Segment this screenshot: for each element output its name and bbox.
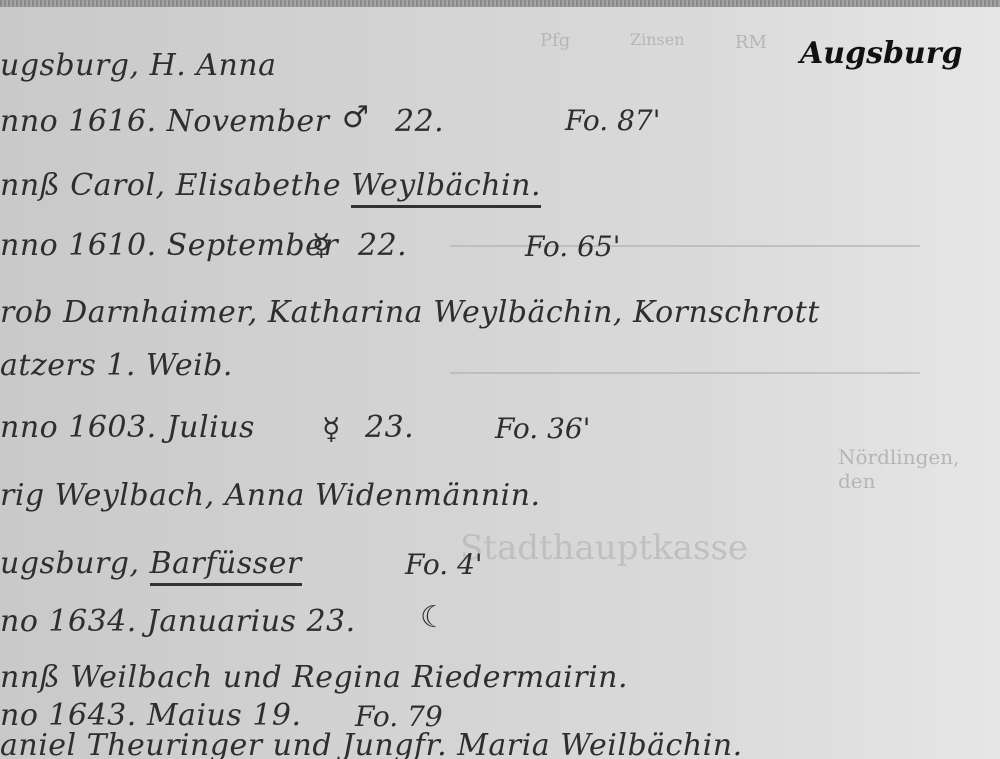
ruled-line — [450, 245, 920, 247]
entry-line-13: aniel Theuringer und Jungfr. Maria Weilb… — [0, 728, 743, 759]
entry-day: 22. — [395, 104, 444, 139]
entry-day: 23. — [365, 410, 414, 445]
entry-line-8: rig Weylbach, Anna Widenmännin. — [0, 478, 541, 513]
form-place-date: Nördlingen, den — [838, 445, 1000, 493]
folio-ref: Fo. 36' — [495, 412, 590, 445]
place-heading: Augsburg — [800, 36, 963, 71]
entry-line-10: no 1634. Januarius 23. — [0, 604, 356, 639]
underlined-name: Weylbächin. — [351, 168, 541, 208]
entry-line-9: ugsburg, Barfüsser — [0, 546, 302, 581]
folio-ref: Fo. 87' — [565, 104, 660, 137]
form-label-rm: RM — [735, 32, 767, 53]
paper-top-edge — [0, 0, 1000, 7]
entry-line-1: ugsburg, H. Anna — [0, 48, 277, 83]
moon-symbol-icon: ☾ — [420, 600, 447, 635]
ruled-line — [450, 372, 920, 374]
entry-day: 22. — [358, 228, 407, 263]
folio-ref: Fo. 4' — [405, 548, 483, 581]
folio-ref: Fo. 65' — [525, 230, 620, 263]
entry-line-7: nno 1603. Julius — [0, 410, 255, 445]
entry-line-5: rob Darnhaimer, Katharina Weylbächin, Ko… — [0, 295, 820, 330]
form-stamp: Stadthauptkasse — [460, 528, 748, 568]
entry-line-4: nno 1610. September — [0, 228, 338, 263]
form-label-pfg: Pfg — [540, 30, 570, 51]
entry-text: ugsburg, — [0, 546, 140, 581]
entry-line-3: nnß Carol, Elisabethe Weylbächin. — [0, 168, 541, 203]
entry-line-11: nnß Weilbach und Regina Riedermairin. — [0, 660, 628, 695]
form-label-zinsen: Zinsen — [630, 30, 685, 49]
mercury-symbol-icon: ☿ — [312, 228, 330, 263]
entry-text: nnß Carol, Elisabethe — [0, 168, 341, 203]
entry-line-2: nno 1616. November — [0, 104, 329, 139]
entry-line-6: atzers 1. Weib. — [0, 348, 233, 383]
mercury-symbol-icon: ☿ — [322, 412, 340, 447]
underlined-church: Barfüsser — [150, 546, 302, 586]
male-symbol-icon: ♂ — [342, 100, 369, 135]
